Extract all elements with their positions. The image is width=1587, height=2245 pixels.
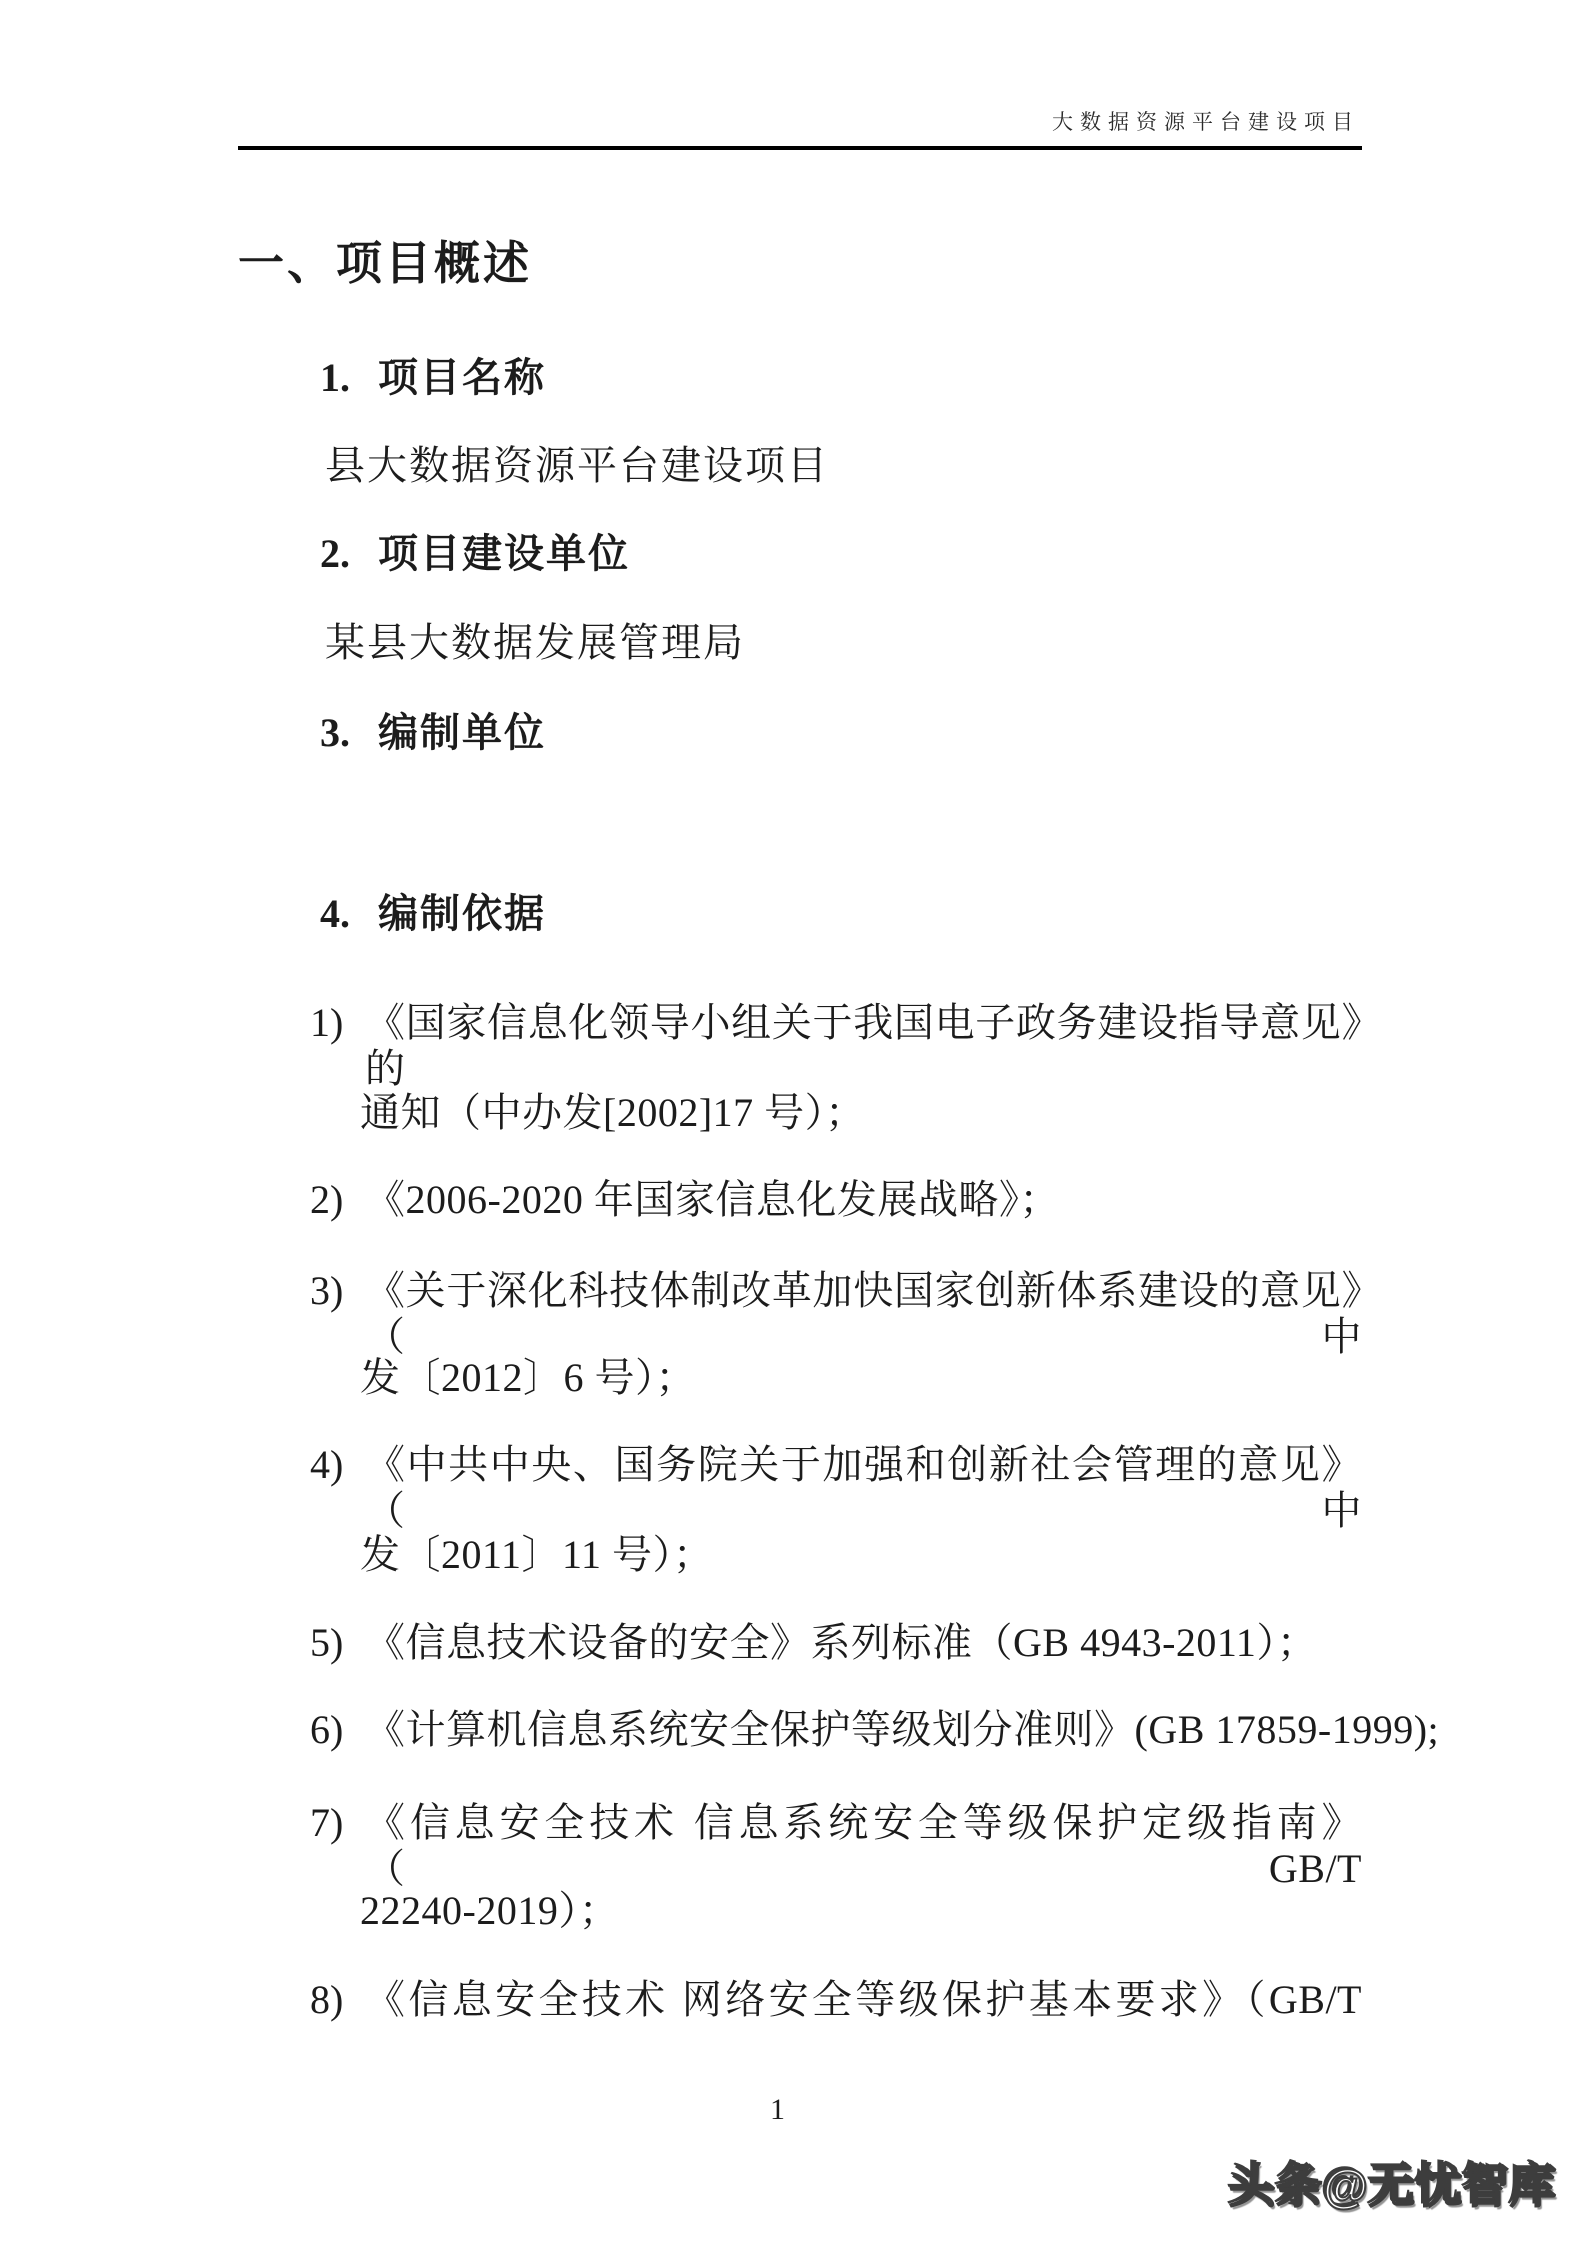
reference-text: 《中共中央、国务院关于加强和创新社会管理的意见》（中 [365, 1442, 1362, 1534]
reference-item-3: 3) 《关于深化科技体制改革加快国家创新体系建设的意见》（中 [310, 1268, 1362, 1360]
reference-text: 《国家信息化领导小组关于我国电子政务建设指导意见》的 [365, 1000, 1362, 1092]
reference-number: 7) [310, 1800, 365, 1892]
header-rule [238, 146, 1362, 150]
reference-text: 《信息安全技术 信息系统安全等级保护定级指南》（GB/T [365, 1800, 1362, 1892]
reference-number: 1) [310, 1000, 365, 1092]
reference-item-7: 7) 《信息安全技术 信息系统安全等级保护定级指南》（GB/T [310, 1800, 1362, 1892]
section-heading-compilation-basis: 4. 编制依据 [320, 891, 546, 937]
reference-number: 3) [310, 1268, 365, 1360]
reference-text: 《2006-2020 年国家信息化发展战略》； [365, 1177, 1060, 1223]
reference-item-1-continuation: 通知（中办发[2002]17 号）； [360, 1090, 866, 1136]
reference-text: 《关于深化科技体制改革加快国家创新体系建设的意见》（中 [365, 1268, 1362, 1360]
reference-item-4: 4) 《中共中央、国务院关于加强和创新社会管理的意见》（中 [310, 1442, 1362, 1534]
section-title: 项目建设单位 [378, 531, 630, 577]
reference-number: 2) [310, 1177, 365, 1223]
section-title: 项目名称 [378, 355, 546, 401]
reference-text: 《信息安全技术 网络安全等级保护基本要求》（GB/T [365, 1977, 1362, 2023]
section-number: 3. [320, 710, 378, 756]
section-number: 1. [320, 355, 378, 401]
reference-item-6: 6) 《计算机信息系统安全保护等级划分准则》(GB 17859-1999); [310, 1707, 1439, 1753]
section-heading-construction-unit: 2. 项目建设单位 [320, 531, 630, 577]
reference-number: 6) [310, 1707, 365, 1753]
reference-item-1: 1) 《国家信息化领导小组关于我国电子政务建设指导意见》的 [310, 1000, 1362, 1092]
reference-item-2: 2) 《2006-2020 年国家信息化发展战略》； [310, 1177, 1060, 1223]
document-page: 大数据资源平台建设项目 一、项目概述 1. 项目名称 县大数据资源平台建设项目 … [0, 0, 1587, 2245]
chapter-title: 一、项目概述 [238, 238, 532, 291]
section-title: 编制单位 [378, 710, 546, 756]
reference-number: 8) [310, 1977, 365, 2023]
section-number: 2. [320, 531, 378, 577]
reference-item-7-continuation: 22240-2019）； [360, 1888, 619, 1934]
reference-number: 5) [310, 1620, 365, 1666]
section-heading-project-name: 1. 项目名称 [320, 355, 546, 401]
reference-item-3-continuation: 发〔2012〕6 号）； [360, 1355, 696, 1401]
reference-number: 4) [310, 1442, 365, 1534]
section-title: 编制依据 [378, 891, 546, 937]
section-body-project-name: 县大数据资源平台建设项目 [325, 443, 829, 489]
section-body-construction-unit: 某县大数据发展管理局 [325, 620, 745, 666]
running-header-title: 大数据资源平台建设项目 [1052, 110, 1360, 134]
section-heading-compiling-unit: 3. 编制单位 [320, 710, 546, 756]
reference-item-4-continuation: 发〔2011〕11 号）； [360, 1532, 714, 1578]
reference-item-5: 5) 《信息技术设备的安全》系列标准（GB 4943-2011）； [310, 1620, 1317, 1666]
section-number: 4. [320, 891, 378, 937]
page-number: 1 [0, 2093, 1555, 2128]
reference-item-8: 8) 《信息安全技术 网络安全等级保护基本要求》（GB/T [310, 1977, 1362, 2023]
reference-text: 《信息技术设备的安全》系列标准（GB 4943-2011）； [365, 1620, 1317, 1666]
watermark-text: 头条@无忧智库 [1229, 2160, 1557, 2213]
reference-text: 《计算机信息系统安全保护等级划分准则》(GB 17859-1999); [365, 1707, 1439, 1753]
